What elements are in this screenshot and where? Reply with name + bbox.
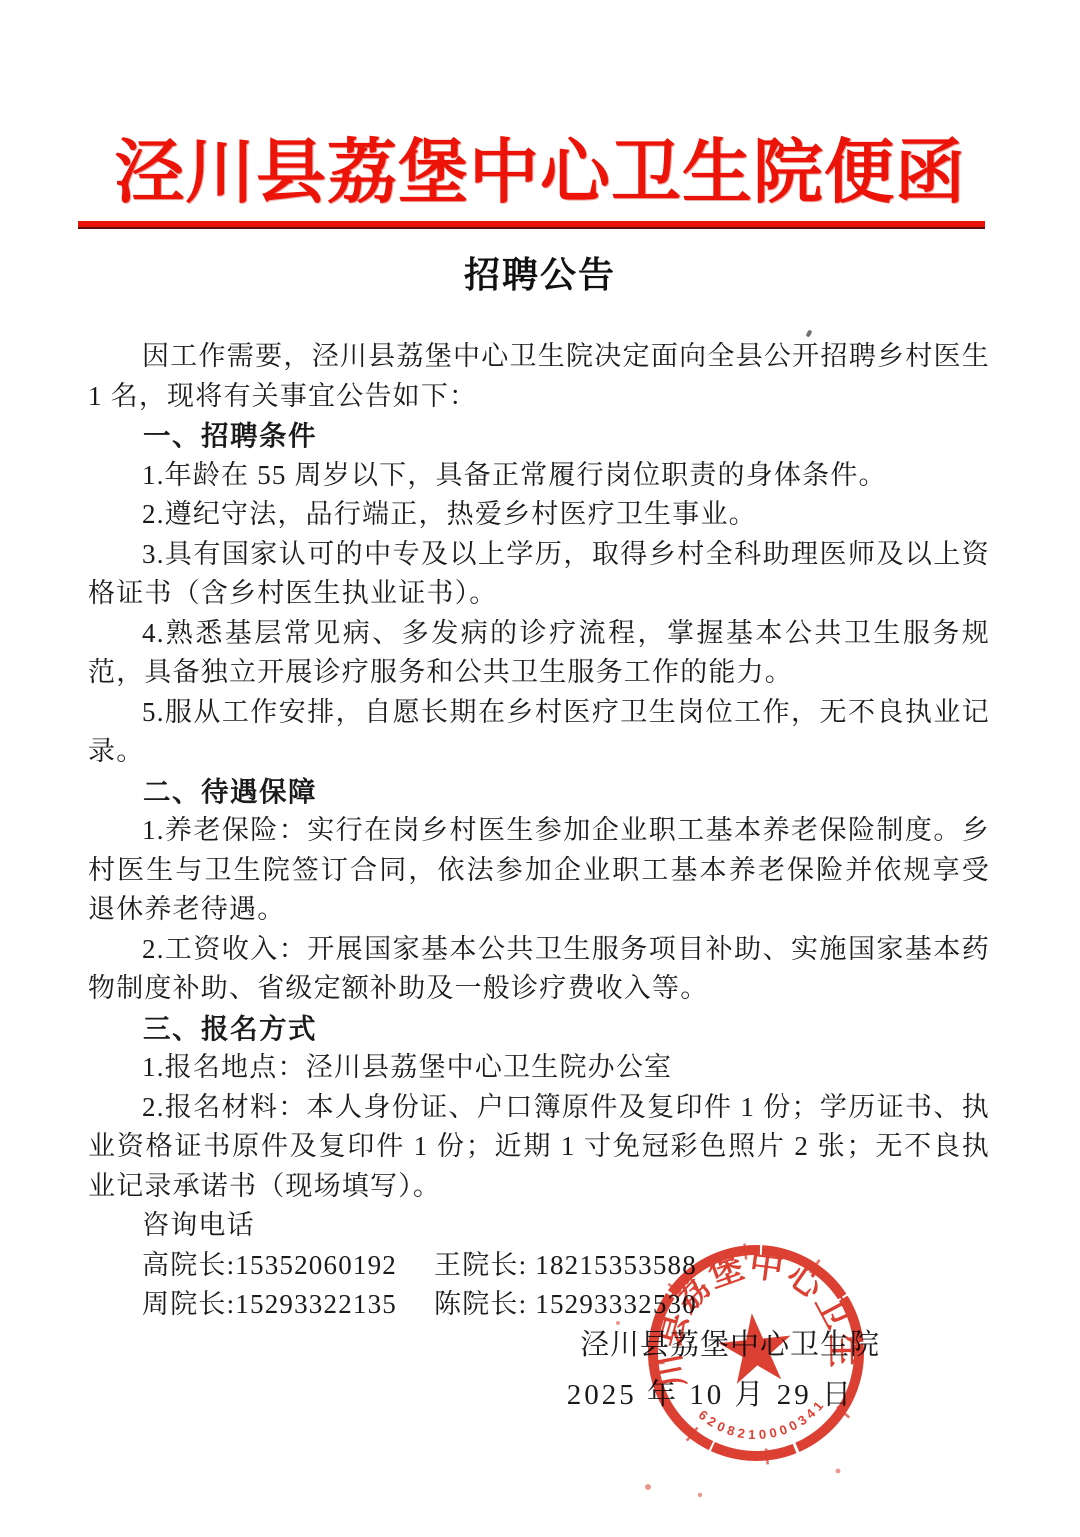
section-heading-2: 二、待遇保障 [88,772,990,812]
section1-item: 1.年龄在 55 周岁以下，具备正常履行岗位职责的身体条件。 [88,456,990,496]
signature-org-line: 泾川县荔堡中心卫生院 [0,1322,1080,1363]
section1-item: 4.熟悉基层常见病、多发病的诊疗流程，掌握基本公共卫生服务规范，具备独立开展诊疗… [88,614,990,693]
document-page: 泾川县荔堡中心卫生院便函 招聘公告 因工作需要，泾川县荔堡中心卫生院决定面向全县… [0,0,1080,1537]
contact-entry: 周院长:15293322135 [142,1285,434,1325]
section1-item: 2.遵纪守法，品行端正，热爱乡村医疗卫生事业。 [88,495,990,535]
seal-ring-text: 泾川县荔堡中心卫生院 [606,1203,865,1398]
section-heading-3: 三、报名方式 [88,1009,990,1049]
letterhead-title: 泾川县荔堡中心卫生院便函 [0,116,1080,217]
section3-item: 1.报名地点：泾川县荔堡中心卫生院办公室 [88,1048,990,1088]
section-heading-1: 一、招聘条件 [88,416,990,456]
intro-paragraph: 因工作需要，泾川县荔堡中心卫生院决定面向全县公开招聘乡村医生 1 名，现将有关事… [88,337,990,416]
section2-item: 2.工资收入：开展国家基本公共卫生服务项目补助、实施国家基本药物制度补助、省级定… [88,930,990,1009]
section2-item: 1.养老保险：实行在岗乡村医生参加企业职工基本养老保险制度。乡村医生与卫生院签订… [88,811,990,930]
signature-date-line: 2025 年 10 月 29 日 [0,1372,1080,1413]
document-subject-title: 招聘公告 [0,247,1080,298]
seal-star-icon [716,1309,795,1385]
document-body: 因工作需要，泾川县荔堡中心卫生院决定面向全县公开招聘乡村医生 1 名，现将有关事… [88,337,990,1325]
letterhead-rule [78,221,985,229]
official-seal: 泾川县荔堡中心卫生院 6208210000341 [606,1203,906,1503]
section3-item: 2.报名材料：本人身份证、户口簿原件及复印件 1 份；学历证书、执业资格证书原件… [88,1088,990,1207]
section1-item: 3.具有国家认可的中专及以上学历，取得乡村全科助理医师及以上资格证书（含乡村医生… [88,535,990,614]
contact-entry: 高院长:15352060192 [142,1246,434,1286]
section1-item: 5.服从工作安排，自愿长期在乡村医疗卫生岗位工作，无不良执业记录。 [88,693,990,772]
